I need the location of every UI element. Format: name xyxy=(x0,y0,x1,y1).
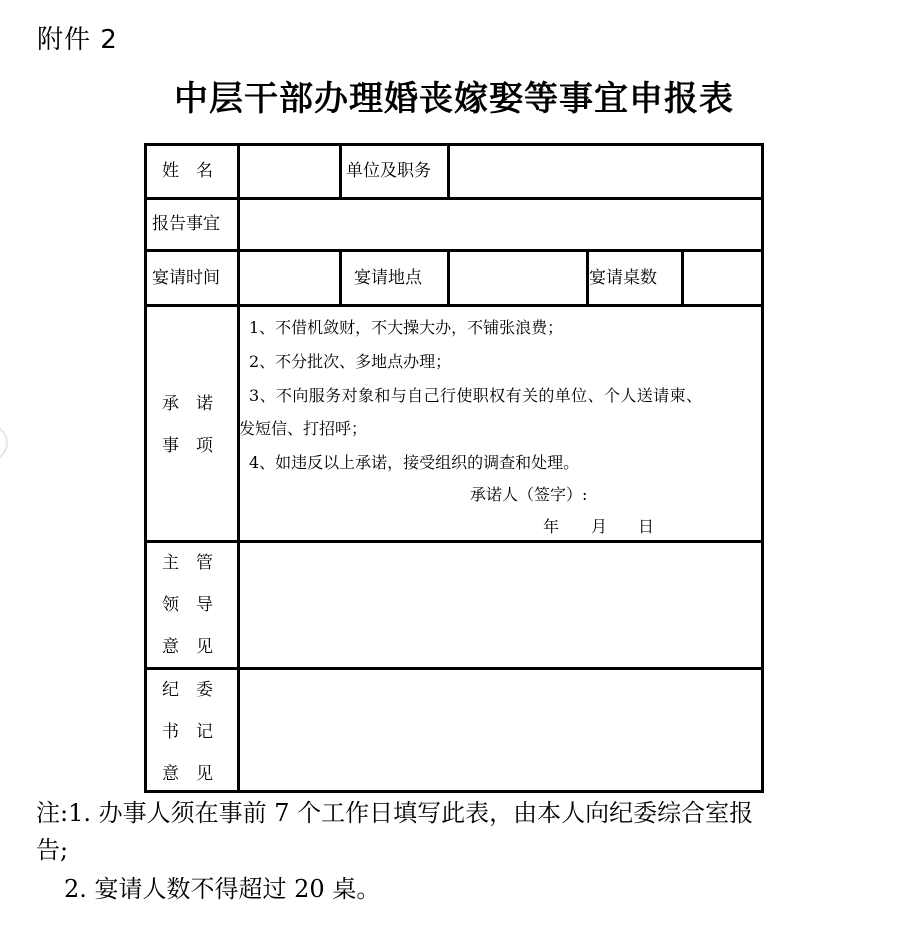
commitment-label-line2: 事 项 xyxy=(162,435,213,457)
banquet-tables-label: 宴请桌数 xyxy=(589,267,657,289)
discipline-opinion-label-line1: 纪 委 xyxy=(162,679,213,701)
banquet-tables-field[interactable] xyxy=(684,252,761,304)
unit-position-label: 单位及职务 xyxy=(346,160,431,182)
date-year-label: 年 xyxy=(543,516,559,538)
report-matter-field[interactable] xyxy=(240,200,761,249)
unit-position-field[interactable] xyxy=(450,146,761,197)
commitment-item-2: 2、不分批次、多地点办理； xyxy=(249,351,451,373)
leader-opinion-label-line2: 领 导 xyxy=(162,594,213,616)
signature-field[interactable] xyxy=(607,482,757,508)
column-divider xyxy=(339,250,342,305)
report-matter-label: 报告事宜 xyxy=(152,213,220,235)
commitment-item-4: 4、如违反以上承诺，接受组织的调查和处理。 xyxy=(249,452,579,474)
page-edge-circle-decoration xyxy=(0,425,8,461)
note-line-2: 告; xyxy=(36,834,68,866)
commitment-item-3: 3、不向服务对象和与自己行使职权有关的单位、个人送请柬、 xyxy=(249,385,702,407)
banquet-time-field[interactable] xyxy=(240,252,339,304)
date-day-label: 日 xyxy=(638,516,654,538)
column-divider xyxy=(339,146,342,198)
note-line-1: 注:1. 办事人须在事前 7 个工作日填写此表，由本人向纪委综合室报 xyxy=(36,797,753,829)
discipline-opinion-label-line2: 书 记 xyxy=(162,721,213,743)
discipline-opinion-label-line3: 意 见 xyxy=(162,763,213,785)
commitment-item-1: 1、不借机敛财，不大操大办，不铺张浪费； xyxy=(249,317,563,339)
signer-label: 承诺人（签字）: xyxy=(470,484,587,506)
declaration-form-table: 姓 名 单位及职务 报告事宜 宴请时间 宴请地点 宴请桌数 承 诺 事 项 1、… xyxy=(144,143,764,793)
date-month-label: 月 xyxy=(591,516,607,538)
banquet-place-field[interactable] xyxy=(450,252,586,304)
discipline-opinion-field[interactable] xyxy=(240,670,761,790)
commitment-item-3-continued: 发短信、打招呼； xyxy=(239,418,367,440)
document-title: 中层干部办理婚丧嫁娶等事宜申报表 xyxy=(0,76,899,122)
banquet-time-label: 宴请时间 xyxy=(152,267,220,289)
name-label: 姓 名 xyxy=(162,160,213,182)
banquet-place-label: 宴请地点 xyxy=(354,267,422,289)
leader-opinion-label-line3: 意 见 xyxy=(162,636,213,658)
attachment-label: 附件 2 xyxy=(37,22,118,58)
leader-opinion-label-line1: 主 管 xyxy=(162,552,213,574)
leader-opinion-field[interactable] xyxy=(240,543,761,667)
note-line-3: 2. 宴请人数不得超过 20 桌。 xyxy=(64,873,380,905)
name-field[interactable] xyxy=(240,146,339,197)
commitment-label-line1: 承 诺 xyxy=(162,393,213,415)
